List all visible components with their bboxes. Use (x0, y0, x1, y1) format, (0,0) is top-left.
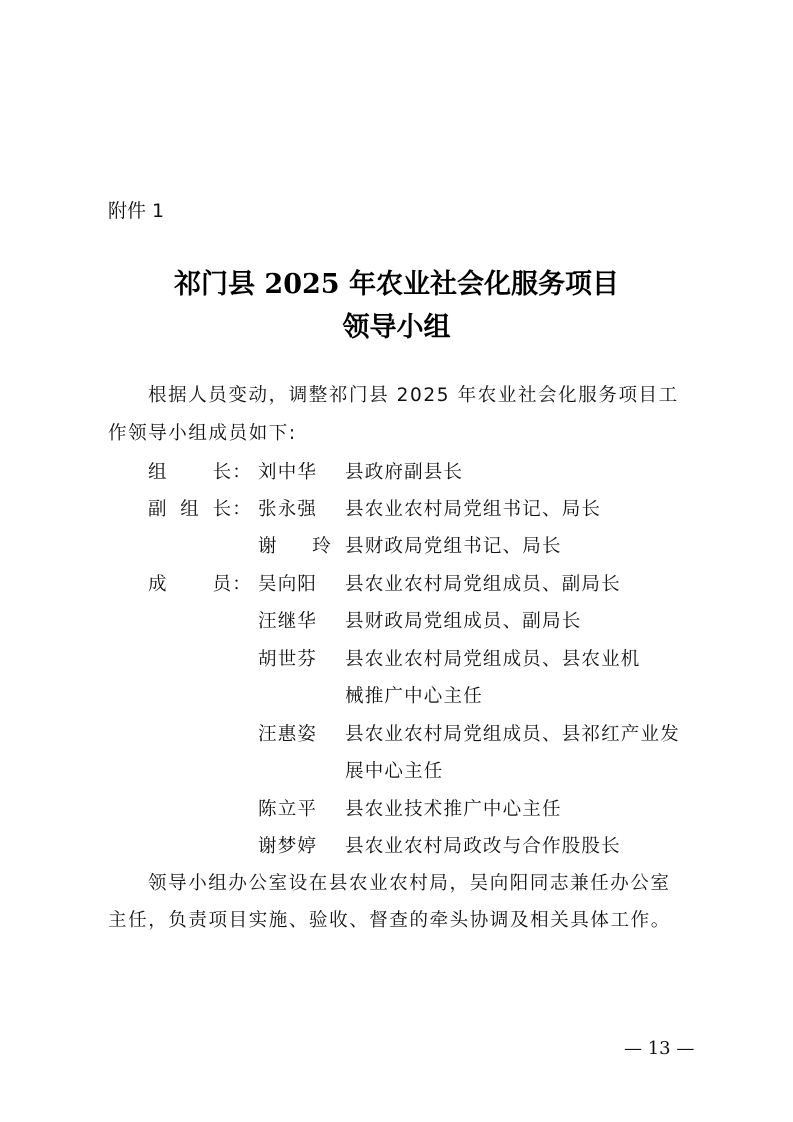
role-char: 长： (213, 458, 252, 484)
role-char: 副 (148, 495, 168, 521)
closing-line2: 主任，负责项目实施、验收、督查的牵头协调及相关具体工作。 (108, 906, 671, 932)
member-duty: 县农业农村局政改与合作股股长 (345, 832, 621, 858)
name-char: 玲 (312, 532, 332, 558)
page-number: — 13 — (624, 1038, 694, 1059)
member-duty: 县财政局党组成员、副局长 (345, 607, 581, 633)
member-duty: 县财政局党组书记、局长 (345, 532, 562, 558)
name-char: 谢 (258, 532, 278, 558)
member-name: 汪惠姿 (258, 720, 338, 746)
member-duty: 县农业技术推广中心主任 (345, 795, 562, 821)
member-name: 谢 玲 (258, 532, 332, 558)
member-duty: 县农业农村局党组成员、副局长 (345, 570, 621, 596)
role-char: 组 (148, 458, 168, 484)
role-char: 组 (180, 495, 200, 521)
member-name: 胡世芬 (258, 645, 338, 671)
member-name: 刘中华 (258, 458, 338, 484)
page-title-line2: 领导小组 (0, 305, 793, 344)
role-char: 长： (213, 495, 252, 521)
member-duty: 县农业农村局党组成员、县农业机 (345, 645, 641, 671)
intro-line1: 根据人员变动，调整祁门县 2025 年农业社会化服务项目工 (148, 381, 679, 407)
member-name: 汪继华 (258, 607, 338, 633)
role-deputy: 副 组 长： (148, 495, 252, 521)
member-name: 谢梦婷 (258, 832, 338, 858)
role-leader: 组 长： (148, 458, 252, 484)
page-title-line1: 祁门县 2025 年农业社会化服务项目 (0, 262, 793, 301)
member-duty: 县农业农村局党组成员、县祁红产业发 (345, 720, 680, 746)
member-name: 张永强 (258, 495, 338, 521)
role-char: 员： (213, 570, 252, 596)
member-duty-continued: 展中心主任 (345, 757, 444, 783)
member-duty: 县农业农村局党组书记、局长 (345, 495, 601, 521)
member-duty-continued: 械推广中心主任 (345, 682, 483, 708)
member-duty: 县政府副县长 (345, 458, 463, 484)
role-char: 成 (148, 570, 168, 596)
intro-line2: 作领导小组成员如下: (108, 419, 297, 445)
attachment-label: 附件 1 (108, 196, 164, 223)
role-member: 成 员： (148, 570, 252, 596)
member-name: 吴向阳 (258, 570, 338, 596)
closing-line1: 领导小组办公室设在县农业农村局，吴向阳同志兼任办公室 (148, 869, 671, 895)
member-name: 陈立平 (258, 795, 338, 821)
